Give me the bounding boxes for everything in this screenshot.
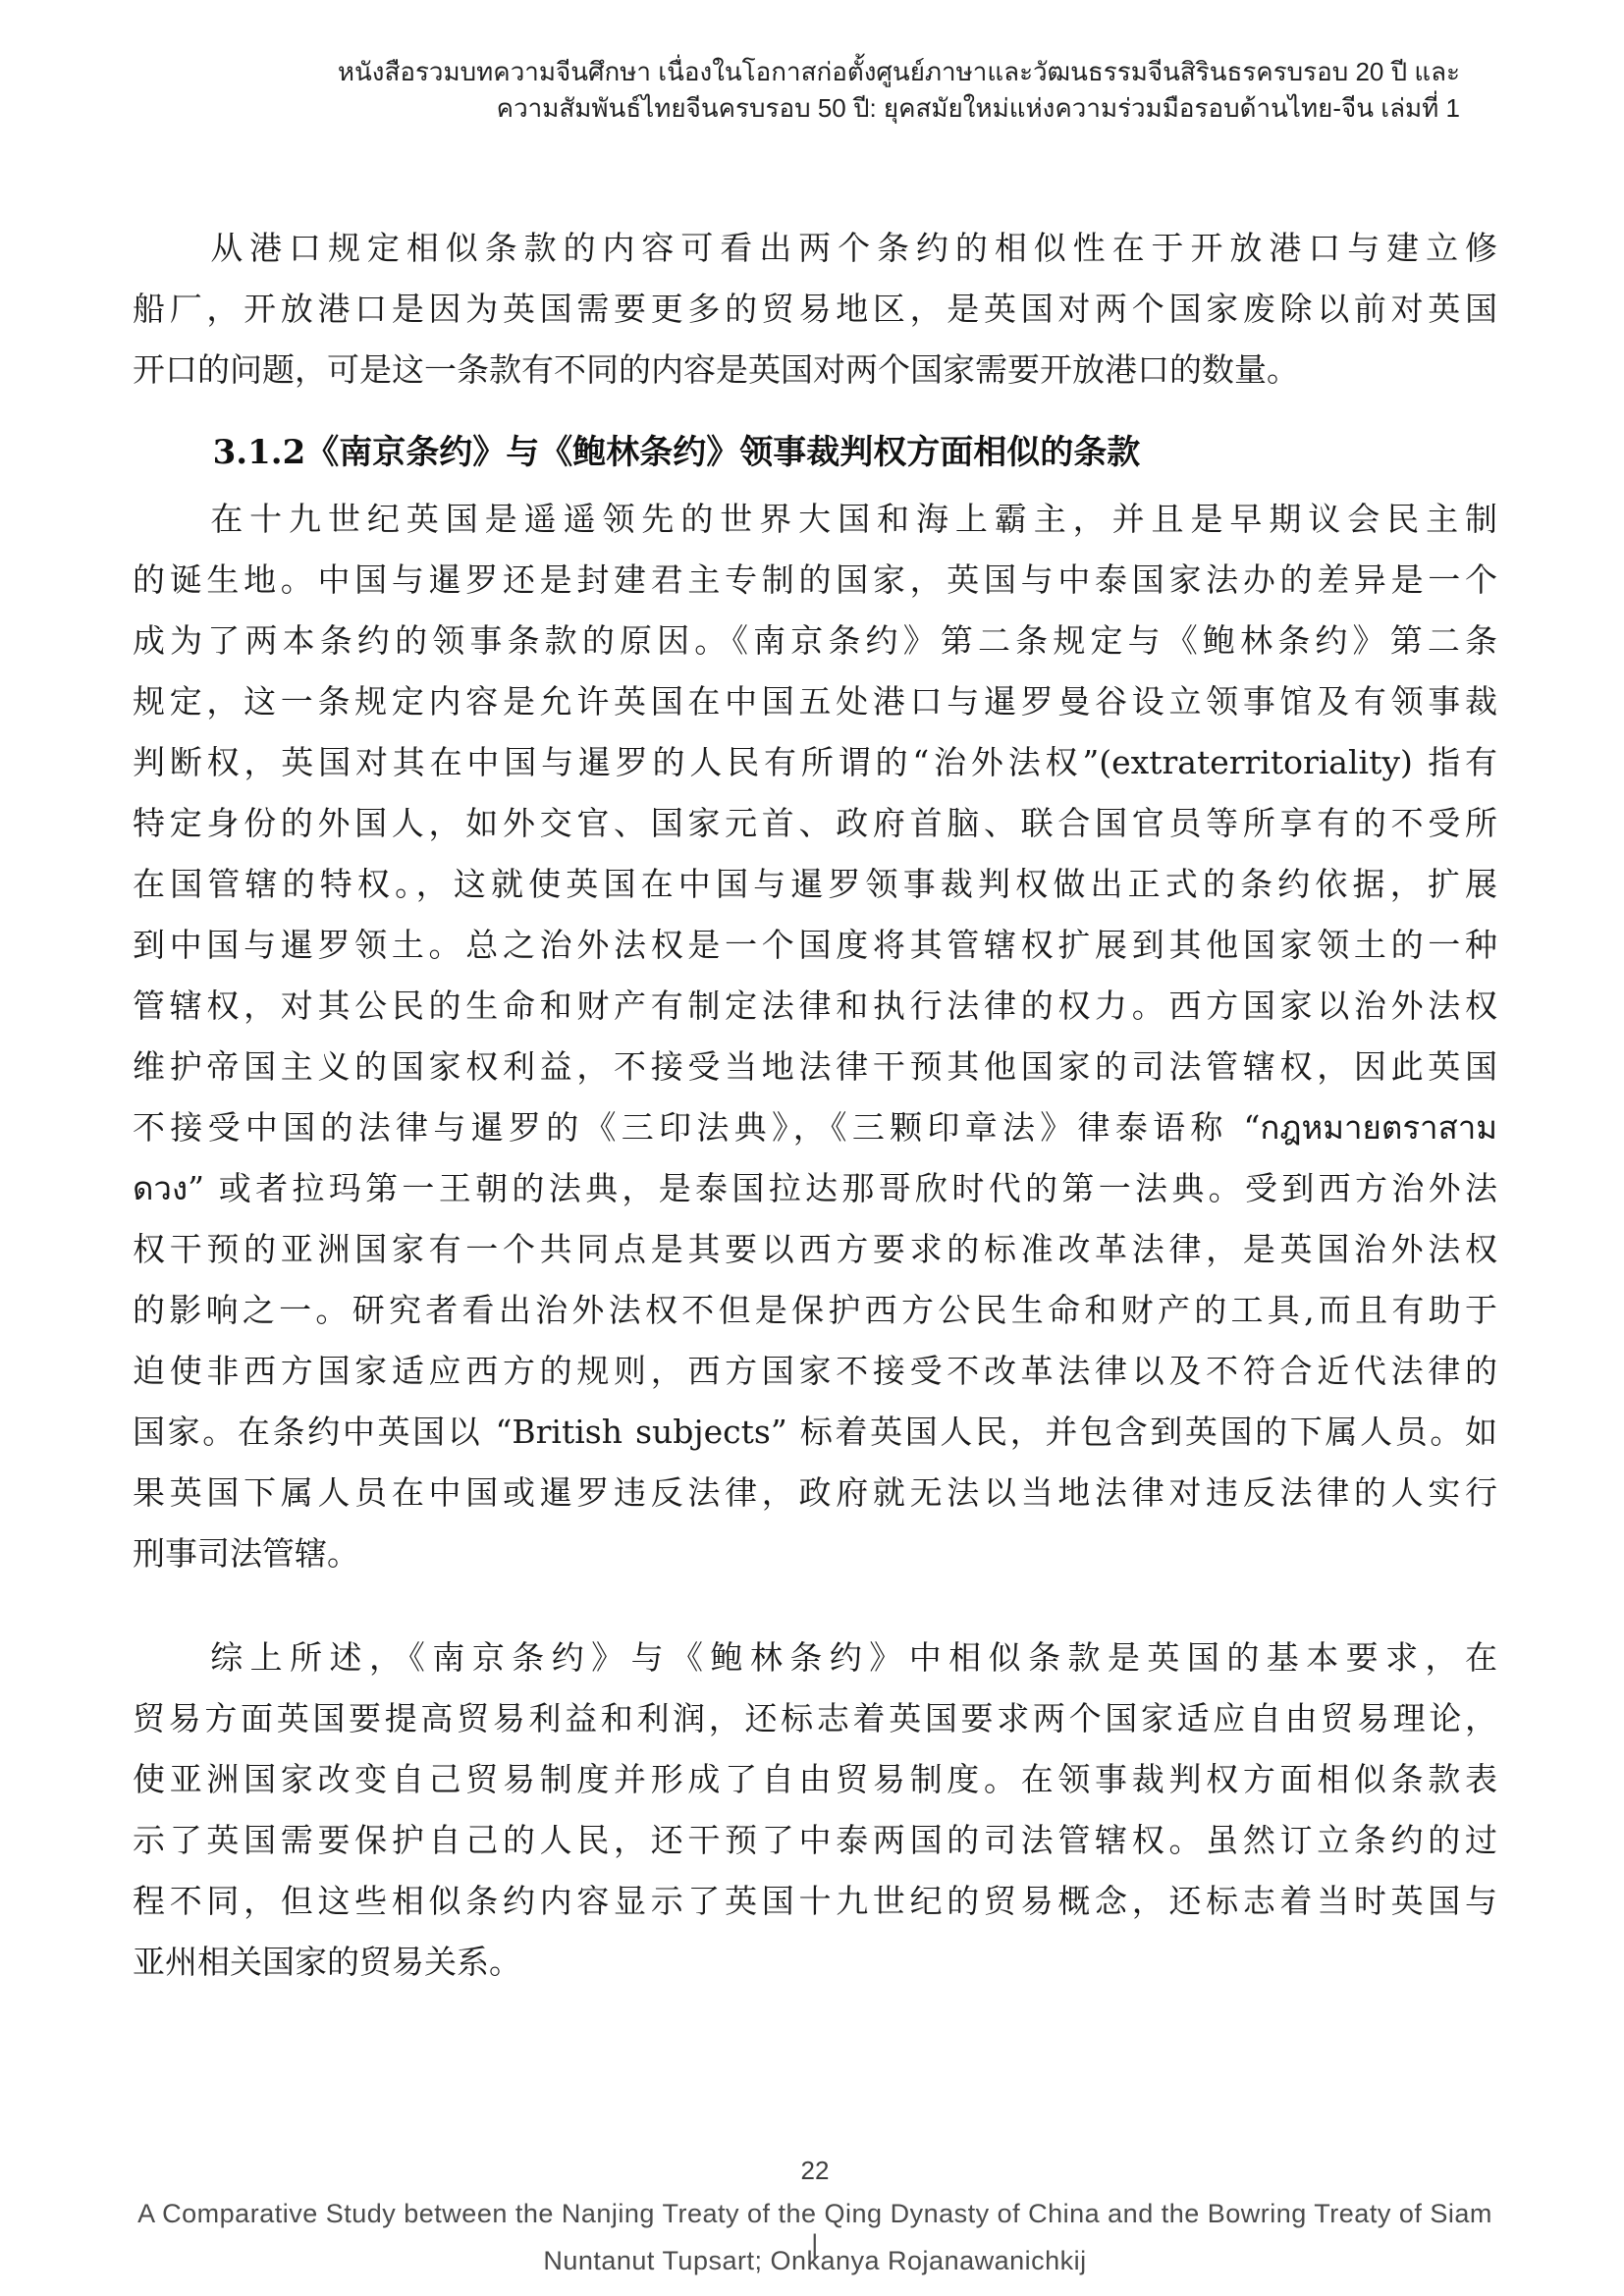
text-line: 果英国下属人员在中国或暹罗违反法律，政府就无法以当地法律对违反法律的人实行 [133,1463,1497,1523]
header-line-1: หนังสือรวมบทความจีนศึกษา เนื่องในโอกาสก่… [133,54,1460,90]
text-line: 贸易方面英国要提高贸易利益和利润，还标志着英国要求两个国家适应自由贸易理论， [133,1688,1497,1749]
text-line: 成为了两本条约的领事条款的原因。《南京条约》第二条规定与《鲍林条约》第二条 [133,611,1497,671]
text-line: 规定，这一条规定内容是允许英国在中国五处港口与暹罗曼谷设立领事馆及有领事裁 [133,671,1497,732]
text-line: 迫使非西方国家适应西方的规则，西方国家不接受不改革法律以及不符合近代法律的 [133,1341,1497,1402]
text-line: 到中国与暹罗领土。总之治外法权是一个国度将其管辖权扩展到其他国家领土的一种 [133,915,1497,976]
section-heading: 3.1.2《南京条约》与《鲍林条约》领事裁判权方面相似的条款 [133,422,1497,483]
text-line: 的影响之一。研究者看出治外法权不但是保护西方公民生命和财产的工具,而且有助于 [133,1280,1497,1341]
text-line: 开口的问题，可是这一条款有不同的内容是英国对两个国家需要开放港口的数量。 [133,340,1497,400]
text-line: 的诞生地。中国与暹罗还是封建君主专制的国家，英国与中泰国家法办的差异是一个 [133,550,1497,611]
text-line: 在国管辖的特权。，这就使英国在中国与暹罗领事裁判权做出正式的条约依据，扩展 [133,854,1497,915]
paragraph-port-provisions: 从港口规定相似条款的内容可看出两个条约的相似性在于开放港口与建立修船厂，开放港口… [133,218,1497,400]
text-line: 示了英国需要保护自己的人民，还干预了中泰两国的司法管辖权。虽然订立条约的过 [133,1810,1497,1871]
text-line: 船厂，开放港口是因为英国需要更多的贸易地区，是英国对两个国家废除以前对英国 [133,279,1497,340]
text-line: 管辖权，对其公民的生命和财产有制定法律和执行法律的权力。西方国家以治外法权 [133,976,1497,1037]
text-line: 在十九世纪英国是遥遥领先的世界大国和海上霸主，并且是早期议会民主制 [133,489,1497,550]
text-line: 不接受中国的法律与暹罗的《三印法典》，《三颗印章法》律泰语称 “กฎหมายตร… [133,1097,1497,1158]
text-line: 刑事司法管辖。 [133,1523,1497,1584]
paragraph-conclusion: 综上所述，《南京条约》与《鲍林条约》中相似条款是英国的基本要求，在贸易方面英国要… [133,1628,1497,1993]
document-body: 从港口规定相似条款的内容可看出两个条约的相似性在于开放港口与建立修船厂，开放港口… [133,218,1497,1993]
text-line: 权干预的亚洲国家有一个共同点是其要以西方要求的标准改革法律，是英国治外法权 [133,1219,1497,1280]
page-number: 22 [133,2156,1497,2186]
text-line: 特定身份的外国人，如外交官、国家元首、政府首脑、联合国官员等所享有的不受所 [133,793,1497,854]
paragraph-consular-jurisdiction: 在十九世纪英国是遥遥领先的世界大国和海上霸主，并且是早期议会民主制的诞生地。中国… [133,489,1497,1584]
text-line: 从港口规定相似条款的内容可看出两个条约的相似性在于开放港口与建立修 [133,218,1497,279]
header-line-2: ความสัมพันธ์ไทยจีนครบรอบ 50 ปี: ยุคสมัยใ… [133,90,1460,127]
page-header: หนังสือรวมบทความจีนศึกษา เนื่องในโอกาสก่… [133,54,1460,127]
text-line: 使亚洲国家改变自己贸易制度并形成了自由贸易制度。在领事裁判权方面相似条款表 [133,1749,1497,1810]
text-line: ดวง” 或者拉玛第一王朝的法典，是泰国拉达那哥欣时代的第一法典。受到西方治外法 [133,1158,1497,1219]
text-line: 程不同，但这些相似条约内容显示了英国十九世纪的贸易概念，还标志着当时英国与 [133,1871,1497,1932]
text-line: 国家。在条约中英国以 “British subjects” 标着英国人民，并包含… [133,1402,1497,1463]
text-line: 综上所述，《南京条约》与《鲍林条约》中相似条款是英国的基本要求，在 [133,1628,1497,1688]
text-line: 维护帝国主义的国家权利益，不接受当地法律干预其他国家的司法管辖权，因此英国 [133,1037,1497,1097]
document-page: หนังสือรวมบทความจีนศึกษา เนื่องในโอกาสก่… [0,0,1624,2296]
footer-authors-line: Nuntanut Tupsart; Onkanya Rojanawanichki… [133,2246,1497,2276]
text-line: 判断权，英国对其在中国与暹罗的人民有所谓的“治外法权”(extraterrito… [133,732,1497,793]
text-line: 亚州相关国家的贸易关系。 [133,1932,1497,1993]
